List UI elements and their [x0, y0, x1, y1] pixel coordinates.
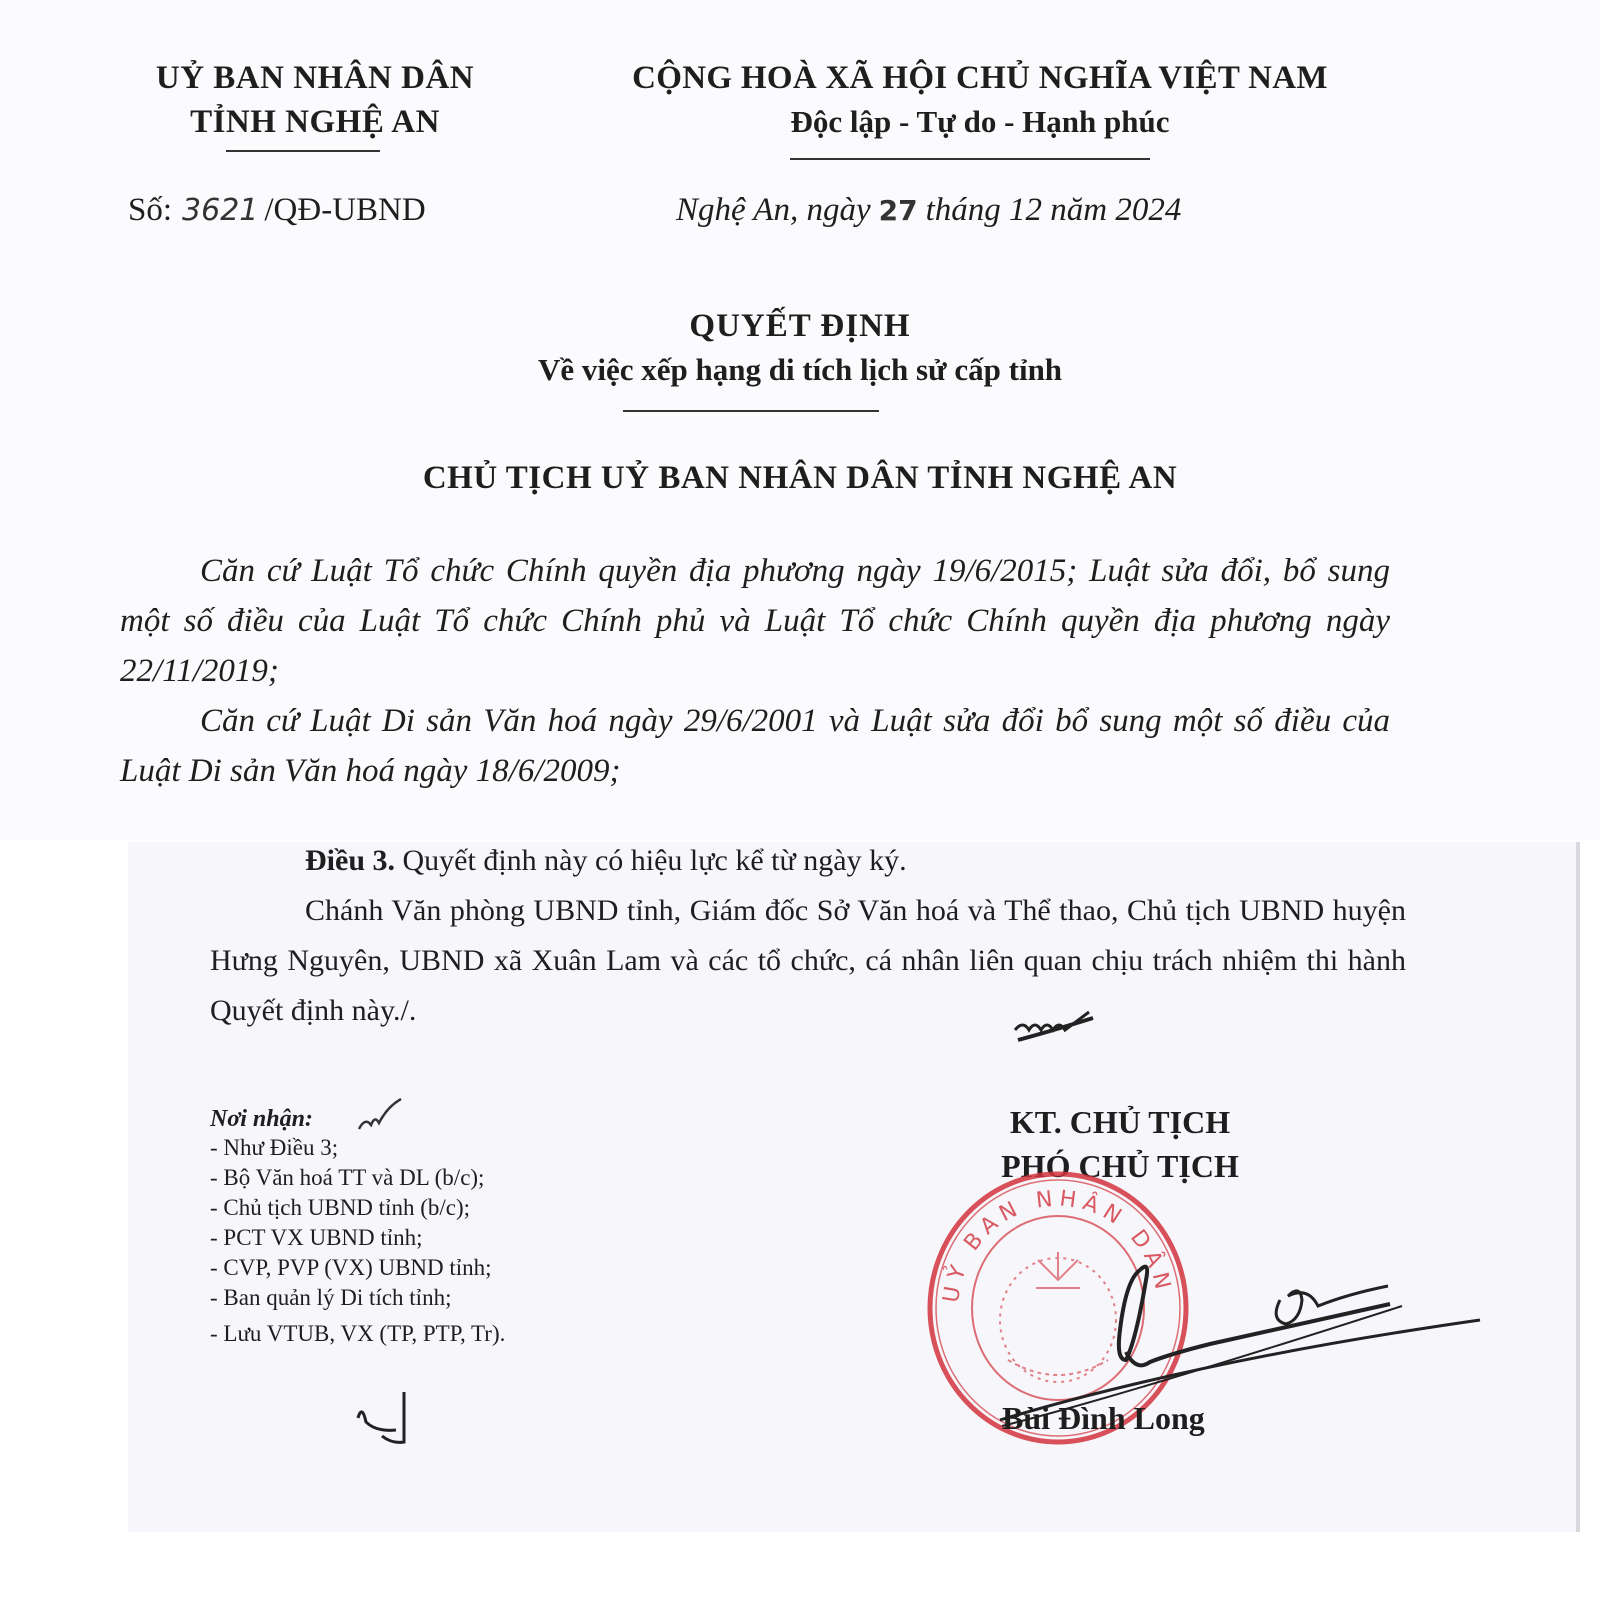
recipients-tick-icon: [355, 1095, 405, 1135]
legal-basis-item: Căn cứ Luật Di sản Văn hoá ngày 29/6/200…: [120, 696, 1390, 796]
recipient-item: - Chủ tịch UBND tỉnh (b/c);: [210, 1193, 505, 1223]
doc-number-label: Số:: [128, 192, 172, 228]
subject-underline: [623, 410, 879, 412]
recipient-item: - Ban quản lý Di tích tỉnh;: [210, 1283, 505, 1313]
document-number: Số:3621/QĐ-UBND: [128, 192, 426, 229]
issuing-authority: CHỦ TỊCH UỶ BAN NHÂN DÂN TỈNH NGHỆ AN: [0, 460, 1600, 497]
document-date: Nghệ An, ngày27tháng 12 năm 2024: [676, 192, 1181, 229]
doc-number-suffix: /QĐ-UBND: [264, 192, 425, 228]
article-3-label: Điều 3.: [305, 844, 395, 877]
issuer-line-1: UỶ BAN NHÂN DÂN: [120, 60, 510, 97]
recipient-item: - CVP, PVP (VX) UBND tỉnh;: [210, 1253, 505, 1283]
recipient-item: - PCT VX UBND tỉnh;: [210, 1223, 505, 1253]
recipients-block: Nơi nhận: - Như Điều 3; - Bộ Văn hoá TT …: [210, 1106, 505, 1349]
signer-name: Bùi Đình Long: [1002, 1400, 1205, 1437]
decision-title: QUYẾT ĐỊNH: [0, 308, 1600, 345]
initial-scribble-icon: [1010, 1000, 1100, 1050]
legal-basis-item: Căn cứ Luật Tổ chức Chính quyền địa phươ…: [120, 546, 1390, 696]
handwritten-initial-icon: [350, 1390, 430, 1450]
recipient-item: - Bộ Văn hoá TT và DL (b/c);: [210, 1163, 505, 1193]
issuer-line-2: TỈNH NGHỆ AN: [120, 104, 510, 141]
doc-number-handwritten: 3621: [182, 193, 258, 228]
issuer-underline: [226, 150, 380, 152]
recipient-item: - Như Điều 3;: [210, 1133, 505, 1163]
motto-underline: [790, 158, 1150, 160]
date-prefix: Nghệ An, ngày: [676, 192, 871, 228]
date-day-handwritten: 27: [879, 194, 918, 227]
article-3-responsibility: Chánh Văn phòng UBND tỉnh, Giám đốc Sở V…: [210, 886, 1406, 1036]
decision-subject: Về việc xếp hạng di tích lịch sử cấp tỉn…: [0, 352, 1600, 388]
signature-line-1: KT. CHỦ TỊCH: [940, 1100, 1300, 1144]
article-3: Điều 3. Quyết định này có hiệu lực kể từ…: [210, 836, 1406, 1036]
date-suffix: tháng 12 năm 2024: [926, 192, 1182, 228]
article-3-text: Quyết định này có hiệu lực kể từ ngày ký…: [403, 844, 907, 877]
recipients-list: - Như Điều 3; - Bộ Văn hoá TT và DL (b/c…: [210, 1133, 505, 1349]
recipient-item: - Lưu VTUB, VX (TP, PTP, Tr).: [210, 1319, 505, 1349]
nation-title: CỘNG HOÀ XÃ HỘI CHỦ NGHĨA VIỆT NAM: [580, 60, 1380, 97]
motto: Độc lập - Tự do - Hạnh phúc: [580, 104, 1380, 140]
legal-basis: Căn cứ Luật Tổ chức Chính quyền địa phươ…: [120, 546, 1390, 796]
